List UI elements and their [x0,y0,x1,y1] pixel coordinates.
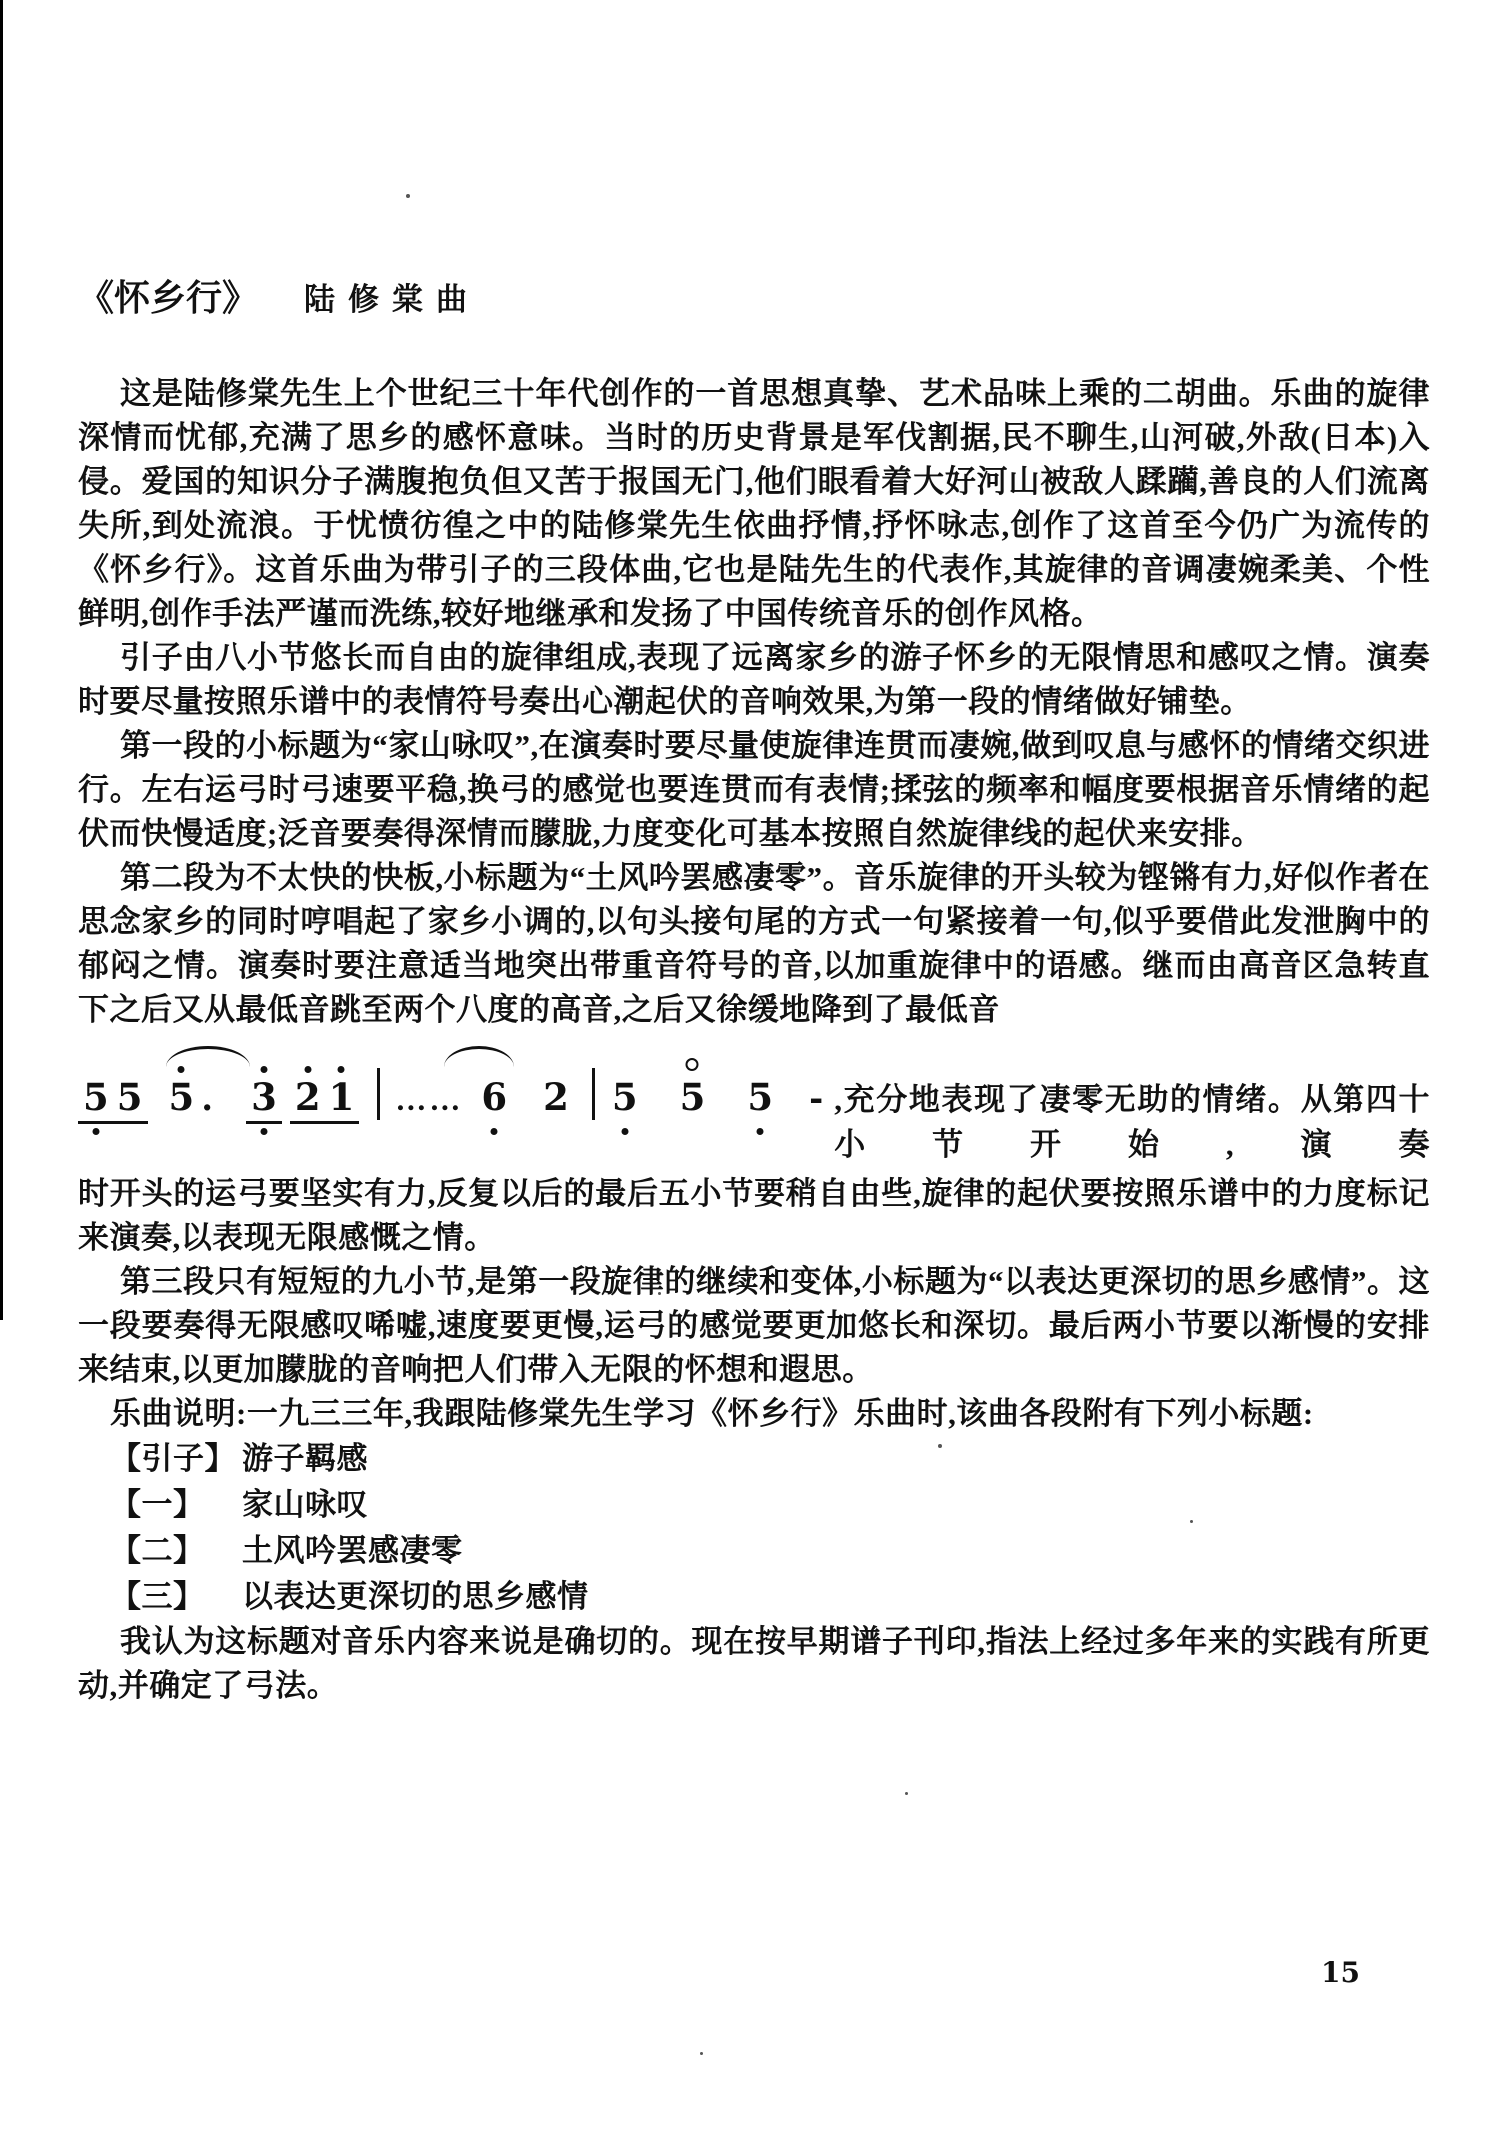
subtitle-item-yinzi: 【引子】游子羁感 [110,1436,1430,1482]
page-number: 15 [1321,1956,1360,1989]
subtitle-item-1: 【一】家山咏叹 [110,1482,1430,1528]
jianpu-notation-line: 555.321……62555- ,充分地表现了凄零无助的情绪。从第四十小节开始,… [78,1058,1430,1164]
subtitle-text: 家山咏叹 [242,1487,368,1522]
subtitle-label: 【引子】 [110,1436,242,1482]
subtitle-text: 以表达更深切的思乡感情 [242,1579,589,1614]
barline [377,1068,380,1120]
subtitle-text: 土风吟罢感凄零 [242,1533,463,1568]
paragraph-notes-heading: 乐曲说明:一九三三年,我跟陆修棠先生学习《怀乡行》乐曲时,该曲各段附有下列小标题… [78,1392,1430,1436]
notes-heading-text: 一九三三年,我跟陆修棠先生学习《怀乡行》乐曲时,该曲各段附有下列小标题: [247,1396,1314,1431]
jianpu-notes: 555.321……62555- [78,1058,834,1124]
page-content: 《怀乡行》陆修棠曲 这是陆修棠先生上个世纪三十年代创作的一首思想真挚、艺术品味上… [78,0,1430,1708]
piece-title-line: 《怀乡行》陆修棠曲 [78,272,1430,326]
scanned-page: 《怀乡行》陆修棠曲 这是陆修棠先生上个世纪三十年代创作的一首思想真挚、艺术品味上… [0,0,1500,2129]
subtitle-item-2: 【二】土风吟罢感凄零 [110,1528,1430,1574]
scan-speck [700,2052,703,2055]
jianpu-suffix-text: ,充分地表现了凄零无助的情绪。从第四十小节开始,演奏 [834,1074,1430,1164]
paragraph-intro: 这是陆修棠先生上个世纪三十年代创作的一首思想真挚、艺术品味上乘的二胡曲。乐曲的旋… [78,372,1430,636]
slur-arc [444,1046,514,1067]
subtitle-label: 【二】 [110,1528,242,1574]
paragraph-yinzi: 引子由八小节悠长而自由的旋律组成,表现了远离家乡的游子怀乡的无限情思和感叹之情。… [78,636,1430,724]
paragraph-section2-a: 第二段为不太快的快板,小标题为“土风吟罢感凄零”。音乐旋律的开头较为铿锵有力,好… [78,856,1430,1032]
barline [592,1068,595,1120]
slur-arc [166,1046,250,1067]
paragraph-section3: 第三段只有短短的九小节,是第一段旋律的继续和变体,小标题为“以表达更深切的思乡感… [78,1260,1430,1392]
subtitle-item-3: 【三】以表达更深切的思乡感情 [110,1574,1430,1620]
paragraph-section1: 第一段的小标题为“家山咏叹”,在演奏时要尽量使旋律连贯而凄婉,做到叹息与感怀的情… [78,724,1430,856]
subtitle-text: 游子羁感 [242,1441,368,1476]
scan-edge-artifact [0,0,3,1320]
subtitle-label: 【一】 [110,1482,242,1528]
subtitle-label: 【三】 [110,1574,242,1620]
piece-title: 《怀乡行》 [78,278,258,318]
notes-heading-label: 乐曲说明: [110,1396,247,1431]
composer-credit: 陆修棠曲 [304,282,480,317]
subtitle-list: 【引子】游子羁感 【一】家山咏叹 【二】土风吟罢感凄零 【三】以表达更深切的思乡… [78,1436,1430,1620]
scan-speck [905,1792,908,1795]
paragraph-closing: 我认为这标题对音乐内容来说是确切的。现在按早期谱子刊印,指法上经过多年来的实践有… [78,1620,1430,1708]
paragraph-section2-b: 时开头的运弓要坚实有力,反复以后的最后五小节要稍自由些,旋律的起伏要按照乐谱中的… [78,1172,1430,1260]
